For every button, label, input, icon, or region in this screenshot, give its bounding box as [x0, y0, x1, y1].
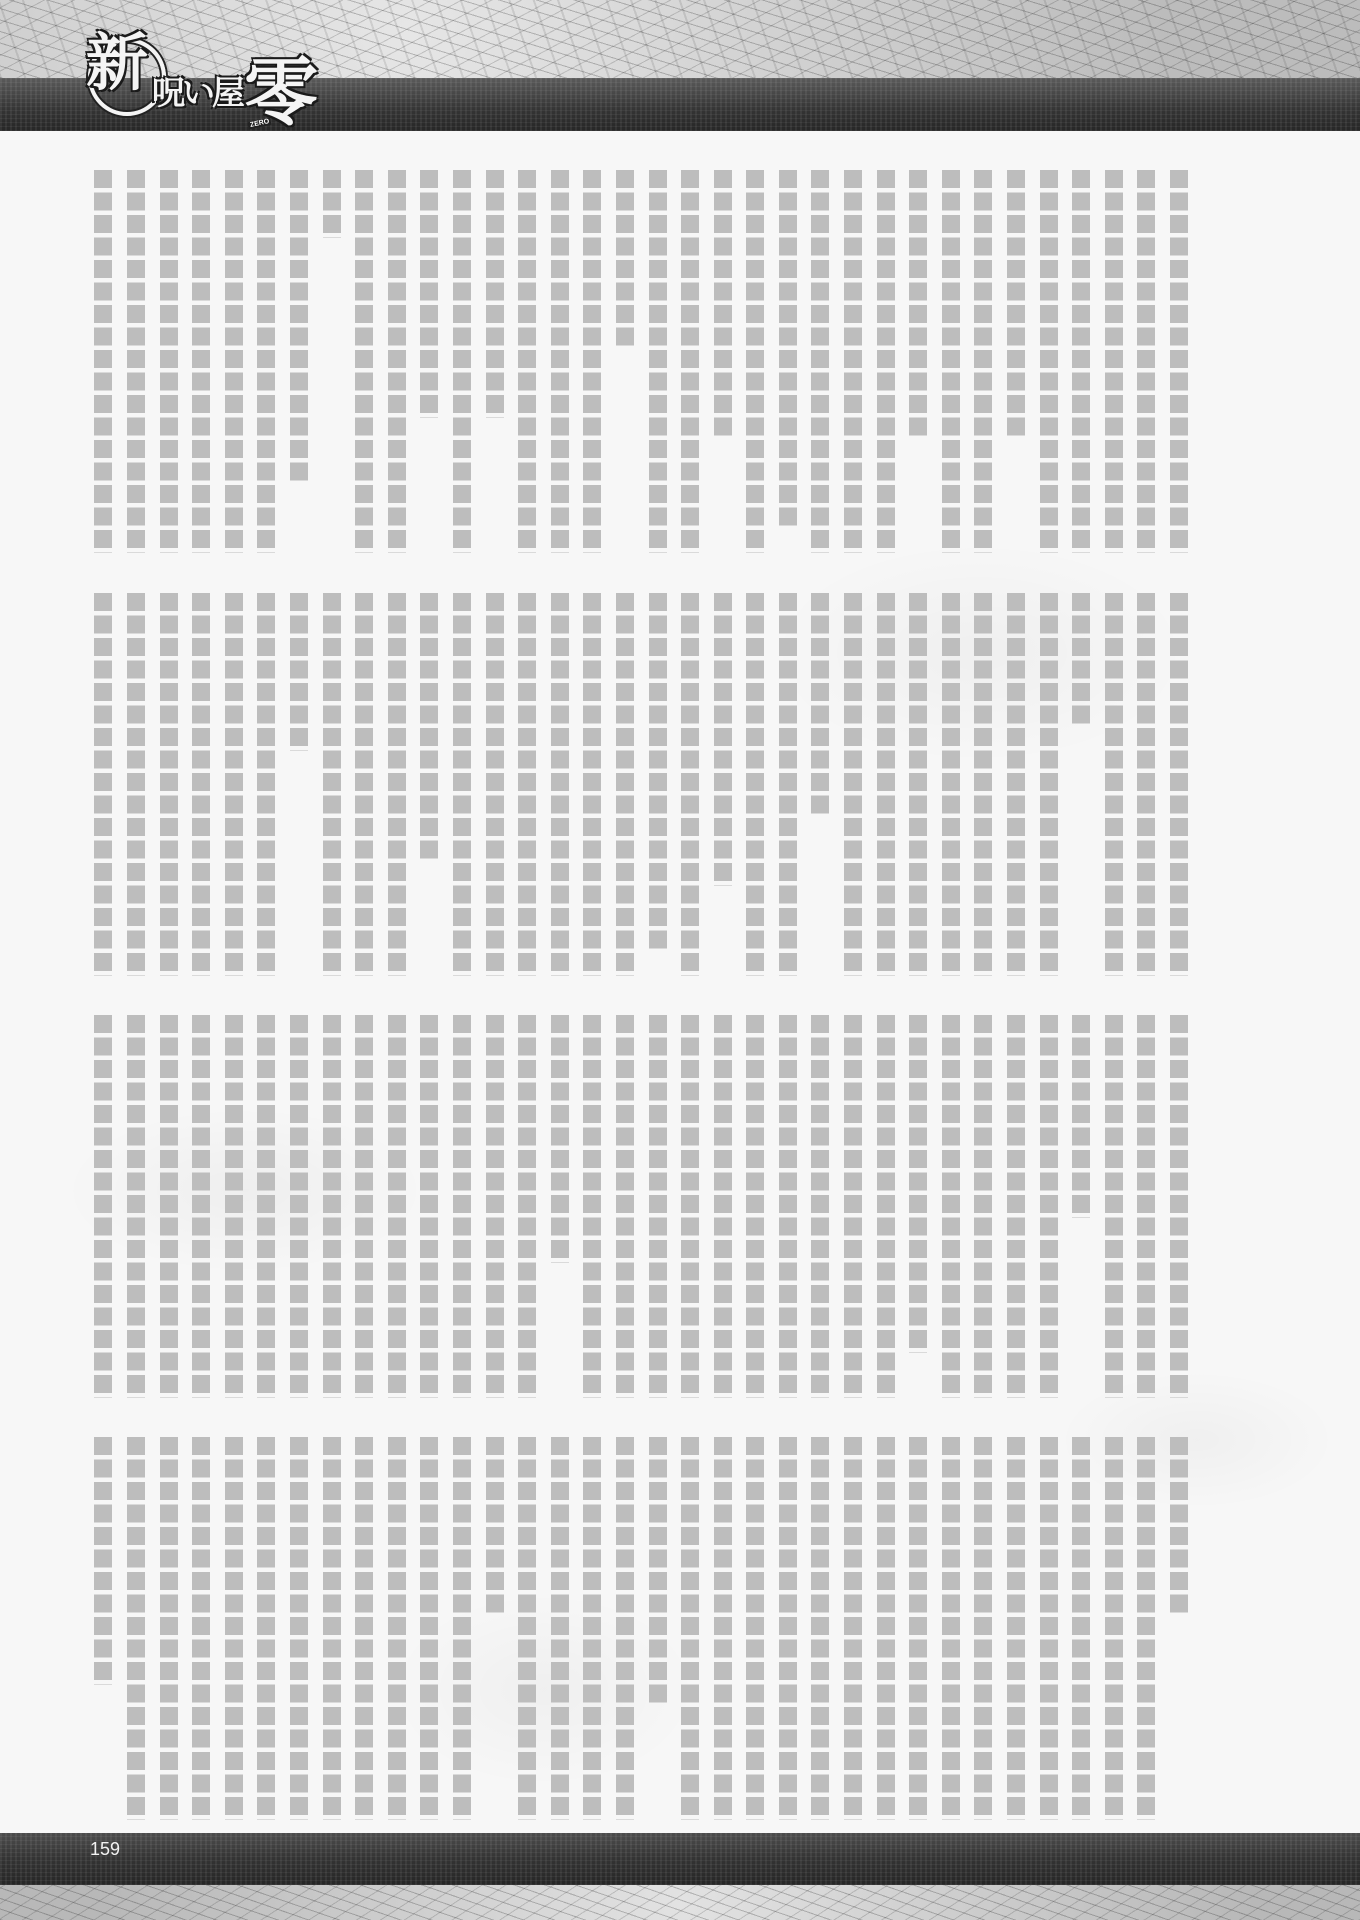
page-number: 159 — [90, 1840, 120, 1858]
omitted-text-placeholder — [257, 593, 275, 976]
text-column — [418, 593, 440, 977]
text-column — [190, 593, 212, 977]
omitted-text-placeholder — [94, 1437, 112, 1685]
omitted-text-placeholder — [290, 170, 308, 485]
omitted-text-placeholder — [453, 170, 471, 553]
text-column — [1038, 1015, 1060, 1399]
text-column — [353, 170, 375, 554]
text-column — [158, 593, 180, 977]
text-column — [581, 593, 603, 977]
text-column — [321, 593, 343, 977]
omitted-text-placeholder — [1170, 1437, 1188, 1617]
text-column — [809, 170, 831, 554]
text-column — [288, 593, 310, 977]
omitted-text-placeholder — [160, 170, 178, 553]
omitted-text-placeholder — [323, 593, 341, 976]
text-column — [1168, 170, 1190, 554]
omitted-text-placeholder — [909, 170, 927, 440]
omitted-text-placeholder — [714, 593, 732, 886]
text-tier-1 — [92, 170, 1190, 554]
text-column — [255, 1015, 277, 1399]
omitted-text-placeholder — [1105, 170, 1123, 553]
text-column — [125, 1015, 147, 1399]
omitted-text-placeholder — [1105, 593, 1123, 976]
omitted-text-placeholder — [616, 1015, 634, 1398]
omitted-text-placeholder — [323, 1015, 341, 1398]
omitted-text-placeholder — [518, 170, 536, 553]
omitted-text-placeholder — [616, 1437, 634, 1820]
text-column — [125, 1437, 147, 1821]
omitted-text-placeholder — [551, 1437, 569, 1820]
omitted-text-placeholder — [420, 1437, 438, 1820]
omitted-text-placeholder — [127, 593, 145, 976]
text-column — [777, 593, 799, 977]
text-column — [190, 1437, 212, 1821]
omitted-text-placeholder — [1040, 1437, 1058, 1820]
footer-dark-band — [0, 1833, 1360, 1885]
omitted-text-placeholder — [583, 170, 601, 553]
text-column — [1168, 1015, 1190, 1399]
text-column — [1135, 1015, 1157, 1399]
omitted-text-placeholder — [583, 1437, 601, 1820]
omitted-text-placeholder — [127, 170, 145, 553]
omitted-text-placeholder — [583, 593, 601, 976]
text-column — [842, 1015, 864, 1399]
text-column — [712, 170, 734, 554]
text-column — [972, 593, 994, 977]
text-column — [1005, 593, 1027, 977]
text-column — [1070, 1437, 1092, 1821]
text-column — [614, 1015, 636, 1399]
omitted-text-placeholder — [909, 1437, 927, 1820]
text-column — [744, 1437, 766, 1821]
omitted-text-placeholder — [1072, 593, 1090, 728]
text-column — [288, 1437, 310, 1821]
omitted-text-placeholder — [1040, 1015, 1058, 1398]
text-column — [647, 1015, 669, 1399]
omitted-text-placeholder — [323, 1437, 341, 1820]
omitted-text-placeholder — [714, 170, 732, 440]
text-column — [92, 1437, 114, 1821]
text-column — [321, 1437, 343, 1821]
text-column — [92, 1015, 114, 1399]
omitted-text-placeholder — [779, 170, 797, 530]
text-column — [321, 170, 343, 554]
omitted-text-placeholder — [160, 1015, 178, 1398]
text-column — [972, 1015, 994, 1399]
text-column — [614, 593, 636, 977]
omitted-text-placeholder — [844, 1437, 862, 1820]
text-column — [1135, 170, 1157, 554]
text-column — [549, 1437, 571, 1821]
text-column — [744, 593, 766, 977]
text-column — [972, 170, 994, 554]
text-column — [744, 170, 766, 554]
omitted-text-placeholder — [127, 1437, 145, 1820]
omitted-text-placeholder — [486, 593, 504, 976]
omitted-text-placeholder — [1072, 1015, 1090, 1218]
omitted-text-placeholder — [290, 593, 308, 751]
text-column — [1038, 593, 1060, 977]
text-column — [288, 170, 310, 554]
text-column — [190, 170, 212, 554]
text-column — [1070, 1015, 1092, 1399]
omitted-text-placeholder — [323, 170, 341, 238]
omitted-text-placeholder — [877, 593, 895, 976]
text-column — [451, 1437, 473, 1821]
omitted-text-placeholder — [1007, 593, 1025, 976]
text-column — [1005, 1437, 1027, 1821]
text-column — [418, 170, 440, 554]
omitted-text-placeholder — [486, 1437, 504, 1617]
text-column — [809, 1437, 831, 1821]
text-column — [516, 1015, 538, 1399]
text-column — [321, 1015, 343, 1399]
omitted-text-placeholder — [1137, 1015, 1155, 1398]
text-column — [907, 1015, 929, 1399]
text-column — [1038, 1437, 1060, 1821]
omitted-text-placeholder — [1137, 1437, 1155, 1820]
text-column — [581, 170, 603, 554]
text-column — [386, 170, 408, 554]
omitted-text-placeholder — [420, 593, 438, 863]
text-tier-3 — [92, 1015, 1190, 1399]
text-column — [549, 1015, 571, 1399]
text-column — [516, 593, 538, 977]
omitted-text-placeholder — [94, 1015, 112, 1398]
text-column — [875, 170, 897, 554]
omitted-text-placeholder — [942, 1015, 960, 1398]
omitted-text-placeholder — [453, 1015, 471, 1398]
text-column — [712, 1015, 734, 1399]
omitted-text-placeholder — [388, 170, 406, 553]
omitted-text-placeholder — [355, 1015, 373, 1398]
text-column — [679, 1437, 701, 1821]
text-column — [1070, 170, 1092, 554]
omitted-text-placeholder — [1170, 1015, 1188, 1398]
text-column — [940, 1015, 962, 1399]
omitted-text-placeholder — [974, 170, 992, 553]
omitted-text-placeholder — [257, 1015, 275, 1398]
text-column — [744, 1015, 766, 1399]
title-logo: 新 呪い屋 零 ZERO — [80, 30, 310, 155]
text-column — [679, 1015, 701, 1399]
text-column — [907, 170, 929, 554]
logo-title: 呪い屋 — [152, 76, 242, 109]
text-column — [484, 1015, 506, 1399]
text-tier-4 — [92, 1437, 1190, 1821]
text-column — [418, 1015, 440, 1399]
omitted-text-placeholder — [811, 170, 829, 553]
omitted-text-placeholder — [192, 170, 210, 553]
text-column — [1103, 1015, 1125, 1399]
omitted-text-placeholder — [486, 1015, 504, 1398]
omitted-text-placeholder — [1040, 170, 1058, 553]
omitted-text-placeholder — [518, 593, 536, 976]
omitted-text-placeholder — [127, 1015, 145, 1398]
text-column — [940, 170, 962, 554]
text-column — [451, 1015, 473, 1399]
omitted-text-placeholder — [290, 1015, 308, 1398]
text-column — [647, 593, 669, 977]
text-column — [777, 1015, 799, 1399]
omitted-text-placeholder — [811, 1437, 829, 1820]
omitted-text-placeholder — [746, 1015, 764, 1398]
omitted-text-placeholder — [616, 593, 634, 976]
logo-title-suffix: 零 — [244, 56, 318, 130]
omitted-text-placeholder — [746, 593, 764, 976]
text-column — [581, 1015, 603, 1399]
omitted-text-placeholder — [355, 170, 373, 553]
text-column — [484, 593, 506, 977]
omitted-text-placeholder — [811, 593, 829, 818]
omitted-text-placeholder — [649, 1015, 667, 1398]
text-column — [842, 1437, 864, 1821]
omitted-text-placeholder — [583, 1015, 601, 1398]
omitted-text-placeholder — [942, 593, 960, 976]
text-column — [353, 593, 375, 977]
omitted-text-placeholder — [355, 593, 373, 976]
omitted-text-placeholder — [1072, 170, 1090, 553]
text-column — [288, 1015, 310, 1399]
text-column — [777, 170, 799, 554]
text-column — [1135, 593, 1157, 977]
text-column — [712, 1437, 734, 1821]
text-column — [679, 170, 701, 554]
text-column — [125, 593, 147, 977]
text-column — [809, 1015, 831, 1399]
omitted-text-placeholder — [649, 1437, 667, 1707]
omitted-text-placeholder — [225, 170, 243, 553]
text-column — [516, 1437, 538, 1821]
omitted-text-placeholder — [1137, 593, 1155, 976]
omitted-text-placeholder — [94, 170, 112, 553]
omitted-text-placeholder — [388, 593, 406, 976]
text-column — [940, 1437, 962, 1821]
text-column — [907, 1437, 929, 1821]
text-column — [581, 1437, 603, 1821]
omitted-text-placeholder — [1105, 1437, 1123, 1820]
omitted-text-placeholder — [779, 1015, 797, 1398]
omitted-text-placeholder — [453, 1437, 471, 1820]
text-column — [875, 1437, 897, 1821]
text-column — [125, 170, 147, 554]
text-tier-2 — [92, 593, 1190, 977]
text-column — [255, 170, 277, 554]
omitted-text-placeholder — [877, 170, 895, 553]
omitted-text-placeholder — [681, 1015, 699, 1398]
text-column — [190, 1015, 212, 1399]
omitted-text-placeholder — [681, 593, 699, 976]
text-column — [907, 593, 929, 977]
omitted-text-placeholder — [746, 1437, 764, 1820]
text-column — [418, 1437, 440, 1821]
omitted-text-placeholder — [1007, 170, 1025, 440]
text-column — [223, 593, 245, 977]
omitted-text-placeholder — [551, 593, 569, 976]
text-column — [1103, 593, 1125, 977]
omitted-text-placeholder — [551, 1015, 569, 1263]
text-column — [614, 170, 636, 554]
omitted-text-placeholder — [388, 1437, 406, 1820]
text-column — [1135, 1437, 1157, 1821]
omitted-text-placeholder — [1007, 1437, 1025, 1820]
omitted-text-placeholder — [681, 1437, 699, 1820]
omitted-text-placeholder — [1170, 170, 1188, 553]
text-column — [386, 593, 408, 977]
text-column — [353, 1437, 375, 1821]
text-column — [92, 170, 114, 554]
text-column — [386, 1015, 408, 1399]
omitted-text-placeholder — [1040, 593, 1058, 976]
omitted-text-placeholder — [877, 1437, 895, 1820]
omitted-text-placeholder — [942, 1437, 960, 1820]
omitted-text-placeholder — [974, 1015, 992, 1398]
omitted-text-placeholder — [909, 1015, 927, 1353]
omitted-text-placeholder — [518, 1437, 536, 1820]
text-column — [1005, 1015, 1027, 1399]
omitted-text-placeholder — [160, 1437, 178, 1820]
text-column — [842, 170, 864, 554]
text-column — [614, 1437, 636, 1821]
text-column — [712, 593, 734, 977]
text-column — [484, 1437, 506, 1821]
text-column — [516, 170, 538, 554]
text-column — [940, 593, 962, 977]
omitted-text-placeholder — [1137, 170, 1155, 553]
text-column — [92, 593, 114, 977]
omitted-text-placeholder — [974, 1437, 992, 1820]
omitted-text-placeholder — [257, 170, 275, 553]
omitted-text-placeholder — [257, 1437, 275, 1820]
omitted-text-placeholder — [225, 1437, 243, 1820]
text-column — [809, 593, 831, 977]
text-column — [1070, 593, 1092, 977]
omitted-text-placeholder — [714, 1015, 732, 1398]
text-column — [223, 1437, 245, 1821]
text-column — [777, 1437, 799, 1821]
omitted-text-placeholder — [844, 593, 862, 976]
omitted-text-placeholder — [811, 1015, 829, 1398]
omitted-text-placeholder — [486, 170, 504, 418]
omitted-text-placeholder — [518, 1015, 536, 1398]
omitted-text-placeholder — [1105, 1015, 1123, 1398]
text-column — [158, 1437, 180, 1821]
omitted-text-placeholder — [1170, 593, 1188, 976]
omitted-text-placeholder — [192, 1015, 210, 1398]
omitted-text-placeholder — [420, 170, 438, 418]
text-column — [158, 1015, 180, 1399]
omitted-text-placeholder — [225, 593, 243, 976]
text-column — [255, 1437, 277, 1821]
text-column — [451, 593, 473, 977]
text-column — [1005, 170, 1027, 554]
text-column — [1168, 593, 1190, 977]
text-column — [353, 1015, 375, 1399]
omitted-text-placeholder — [779, 593, 797, 976]
omitted-text-placeholder — [388, 1015, 406, 1398]
omitted-text-placeholder — [192, 593, 210, 976]
text-column — [1103, 1437, 1125, 1821]
omitted-text-placeholder — [844, 1015, 862, 1398]
text-column — [484, 170, 506, 554]
text-column — [647, 170, 669, 554]
omitted-text-placeholder — [877, 1015, 895, 1398]
text-column — [1103, 170, 1125, 554]
omitted-text-placeholder — [225, 1015, 243, 1398]
text-column — [451, 170, 473, 554]
text-column — [549, 170, 571, 554]
text-column — [842, 593, 864, 977]
omitted-text-placeholder — [974, 593, 992, 976]
text-column — [1038, 170, 1060, 554]
logo-ring-glyph: 新 — [86, 32, 148, 94]
omitted-text-placeholder — [649, 170, 667, 553]
omitted-text-placeholder — [909, 593, 927, 976]
footer-texture-band — [0, 1885, 1360, 1920]
text-column — [386, 1437, 408, 1821]
omitted-text-placeholder — [1007, 1015, 1025, 1398]
omitted-text-placeholder — [616, 170, 634, 350]
omitted-text-placeholder — [192, 1437, 210, 1820]
text-column — [158, 170, 180, 554]
text-column — [972, 1437, 994, 1821]
omitted-text-placeholder — [746, 170, 764, 553]
text-column — [255, 593, 277, 977]
omitted-text-placeholder — [355, 1437, 373, 1820]
text-column — [549, 593, 571, 977]
text-column — [223, 170, 245, 554]
text-column — [223, 1015, 245, 1399]
omitted-text-placeholder — [551, 170, 569, 553]
omitted-text-placeholder — [160, 593, 178, 976]
text-column — [875, 1015, 897, 1399]
text-column — [1168, 1437, 1190, 1821]
text-column — [647, 1437, 669, 1821]
omitted-text-placeholder — [942, 170, 960, 553]
omitted-text-placeholder — [714, 1437, 732, 1820]
omitted-text-placeholder — [94, 593, 112, 976]
text-column — [679, 593, 701, 977]
omitted-text-placeholder — [1072, 1437, 1090, 1820]
omitted-text-placeholder — [779, 1437, 797, 1820]
omitted-text-placeholder — [453, 593, 471, 976]
omitted-text-placeholder — [844, 170, 862, 553]
omitted-text-placeholder — [649, 593, 667, 953]
omitted-text-placeholder — [420, 1015, 438, 1398]
omitted-text-placeholder — [290, 1437, 308, 1820]
omitted-text-placeholder — [681, 170, 699, 553]
text-column — [875, 593, 897, 977]
